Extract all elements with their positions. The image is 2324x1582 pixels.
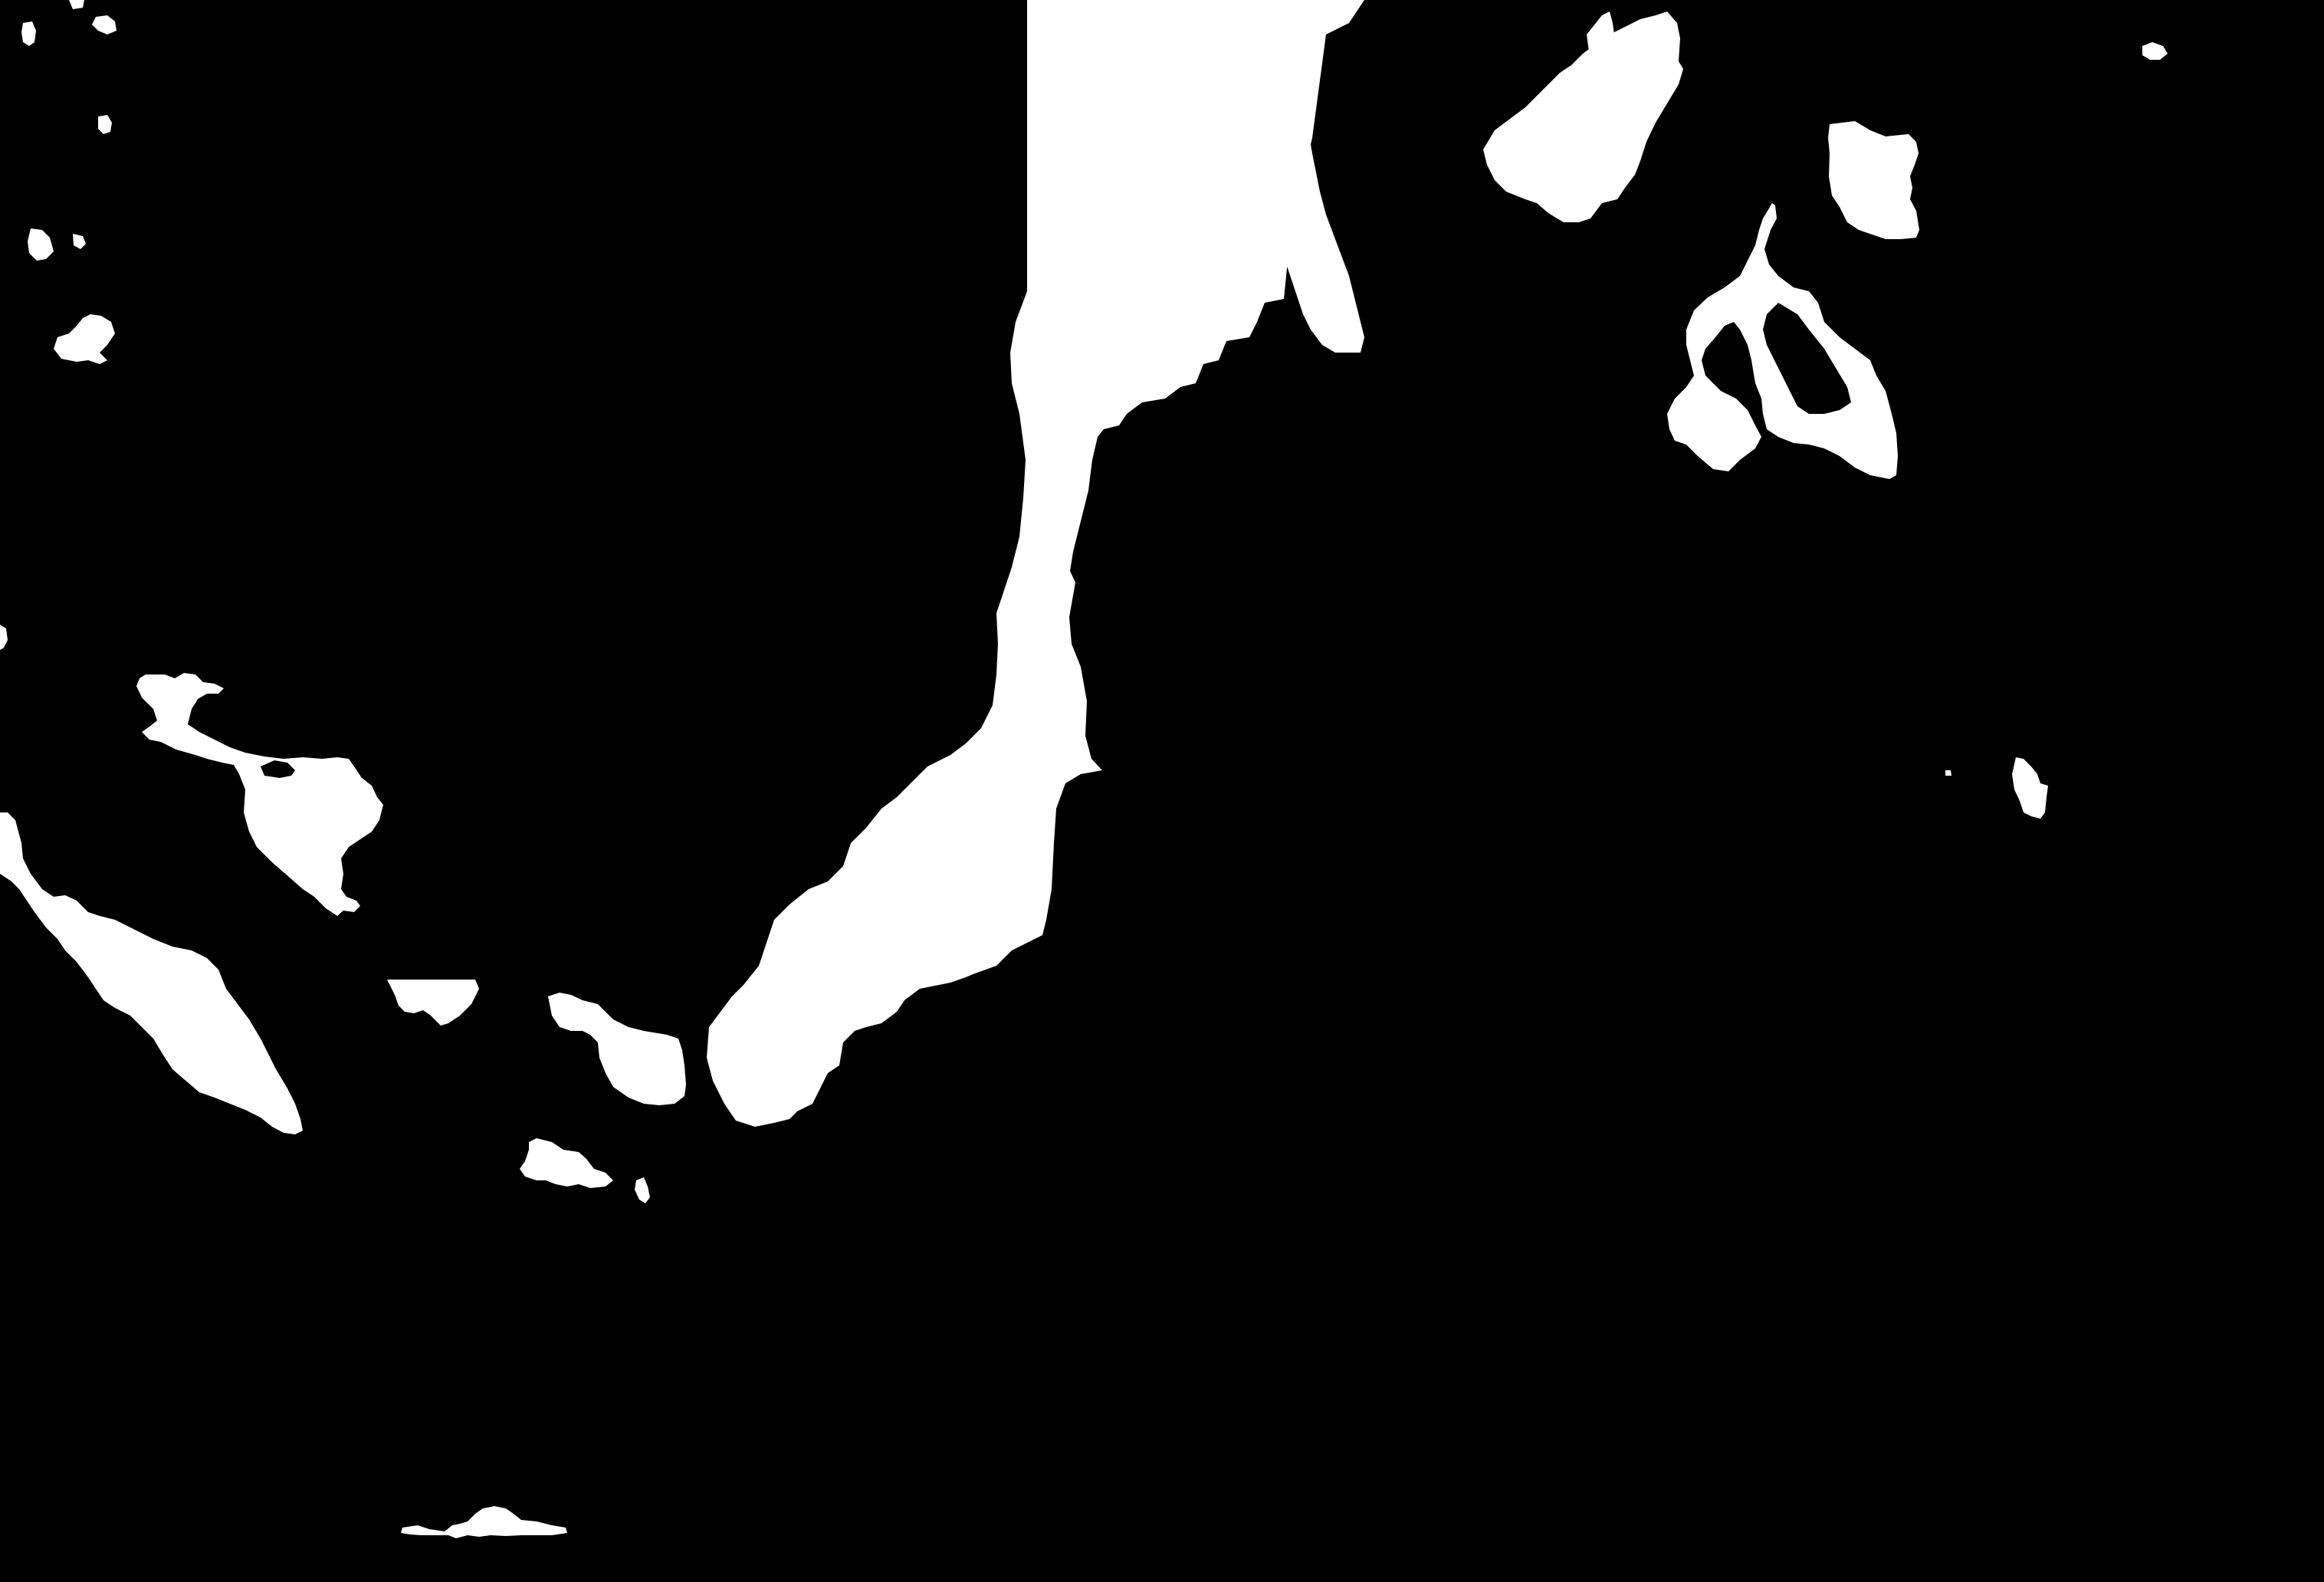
segmentation-mask: [0, 0, 2324, 1582]
